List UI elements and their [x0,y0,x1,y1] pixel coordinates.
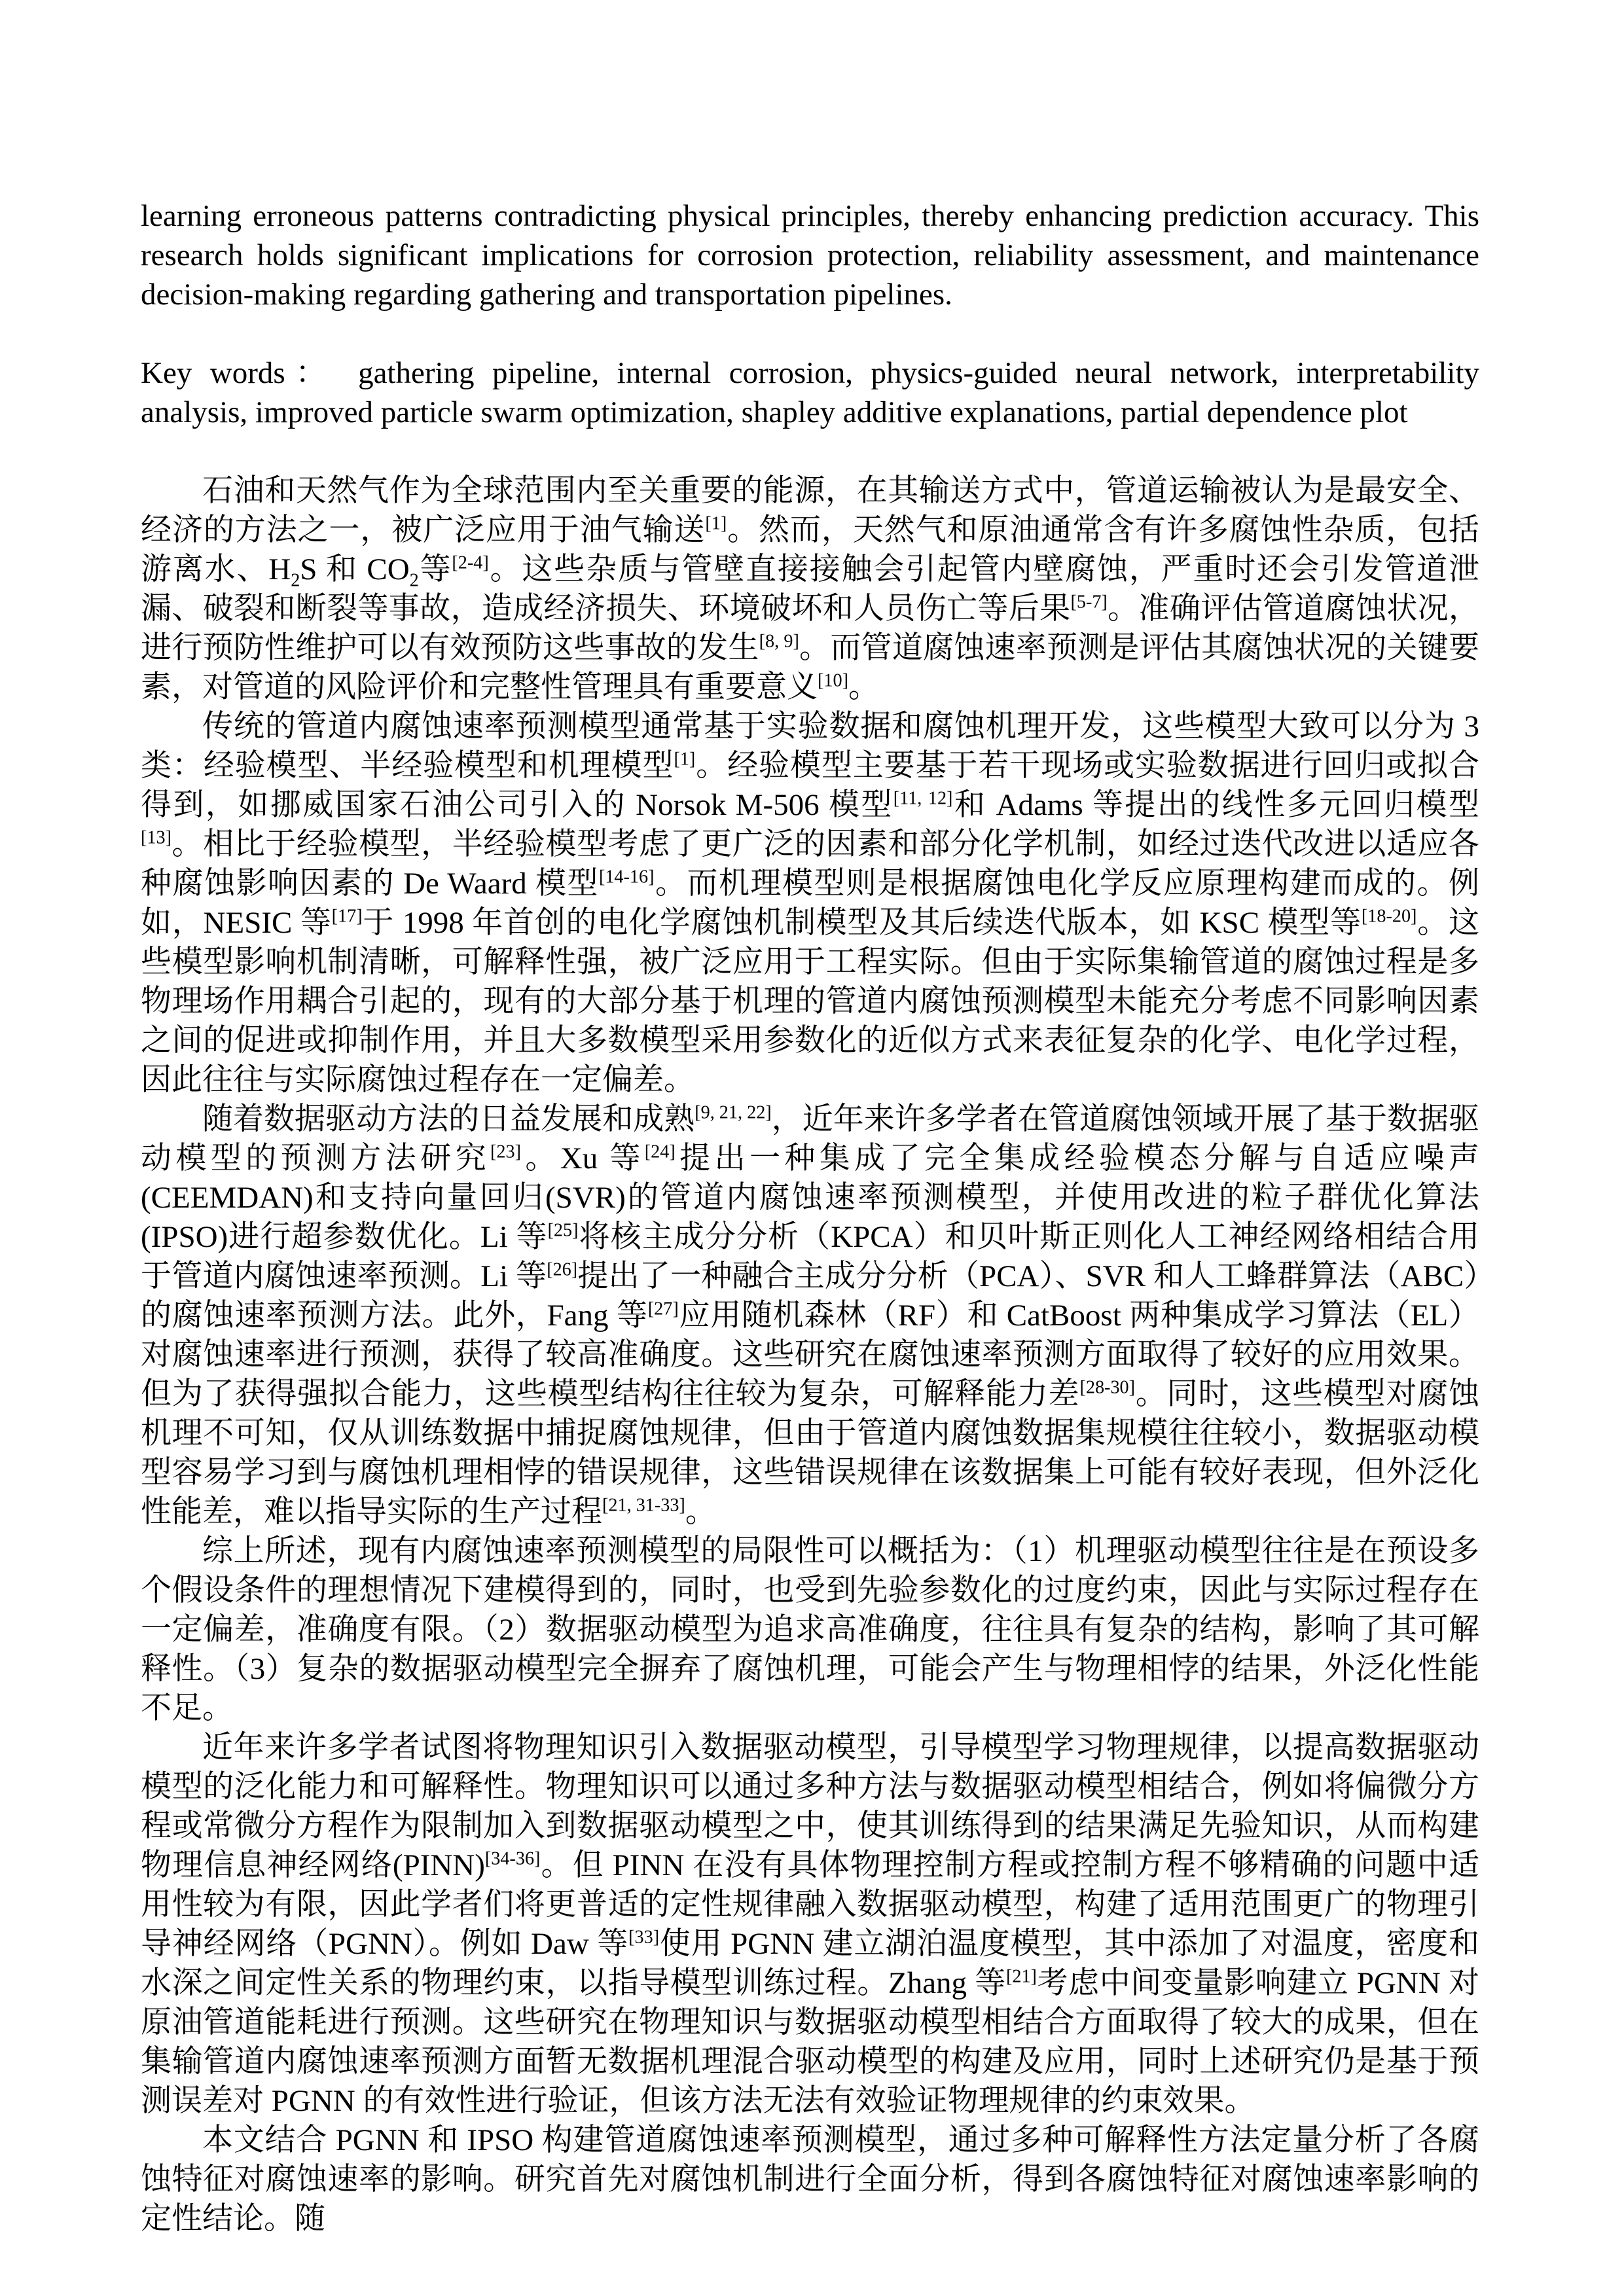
citation-ref: [27] [648,1299,679,1319]
document-page: learning erroneous patterns contradictin… [0,0,1624,2296]
keywords-label: Key words： [141,356,336,390]
citation-ref: [24] [645,1141,676,1162]
citation-ref: [11, 12] [893,788,953,808]
citation-ref: [14-16] [599,867,655,887]
keywords-text: gathering pipeline, internal corrosion, … [141,356,1479,429]
page-content: learning erroneous patterns contradictin… [141,196,1479,2238]
keywords-paragraph: Key words：gathering pipeline, internal c… [141,353,1479,432]
body-paragraph: 本文结合 PGNN 和 IPSO 构建管道腐蚀速率预测模型，通过多种可解释性方法… [141,2121,1479,2238]
body-paragraph: 随着数据驱动方法的日益发展和成熟[9, 21, 22]，近年来许多学者在管道腐蚀… [141,1100,1479,1532]
chemical-subscript: 2 [410,570,419,590]
citation-ref: [26] [547,1259,577,1280]
body-paragraph: 石油和天然气作为全球范围内至关重要的能源，在其输送方式中，管道运输被认为是最安全… [141,471,1479,707]
body-paragraph: 传统的管道内腐蚀速率预测模型通常基于实验数据和腐蚀机理开发，这些模型大致可以分为… [141,707,1479,1100]
citation-ref: [25] [548,1220,579,1240]
citation-ref: [10] [818,670,848,691]
citation-ref: [9, 21, 22] [695,1102,771,1122]
citation-ref: [21, 31-33] [602,1495,685,1515]
citation-ref: [13] [141,827,171,848]
citation-ref: [23] [490,1141,521,1162]
body-paragraph: 近年来许多学者试图将物理知识引入数据驱动模型，引导模型学习物理规律，以提高数据驱… [141,1728,1479,2121]
citation-ref: [1] [705,513,727,533]
citation-ref: [28-30] [1079,1377,1135,1397]
citation-ref: [18-20] [1362,906,1417,926]
body-paragraph: 综上所述，现有内腐蚀速率预测模型的局限性可以概括为：（1）机理驱动模型往往是在预… [141,1532,1479,1728]
body-text: 石油和天然气作为全球范围内至关重要的能源，在其输送方式中，管道运输被认为是最安全… [141,471,1479,2238]
citation-ref: [17] [332,906,363,926]
chemical-subscript: 2 [291,570,300,590]
citation-ref: [2-4] [452,552,488,573]
citation-ref: [21] [1006,1966,1037,1986]
citation-ref: [5-7] [1070,592,1107,612]
citation-ref: [8, 9] [759,631,799,651]
abstract-continuation-paragraph: learning erroneous patterns contradictin… [141,196,1479,314]
citation-ref: [33] [628,1927,659,1947]
citation-ref: [34-36] [485,1848,541,1869]
citation-ref: [1] [674,749,695,769]
